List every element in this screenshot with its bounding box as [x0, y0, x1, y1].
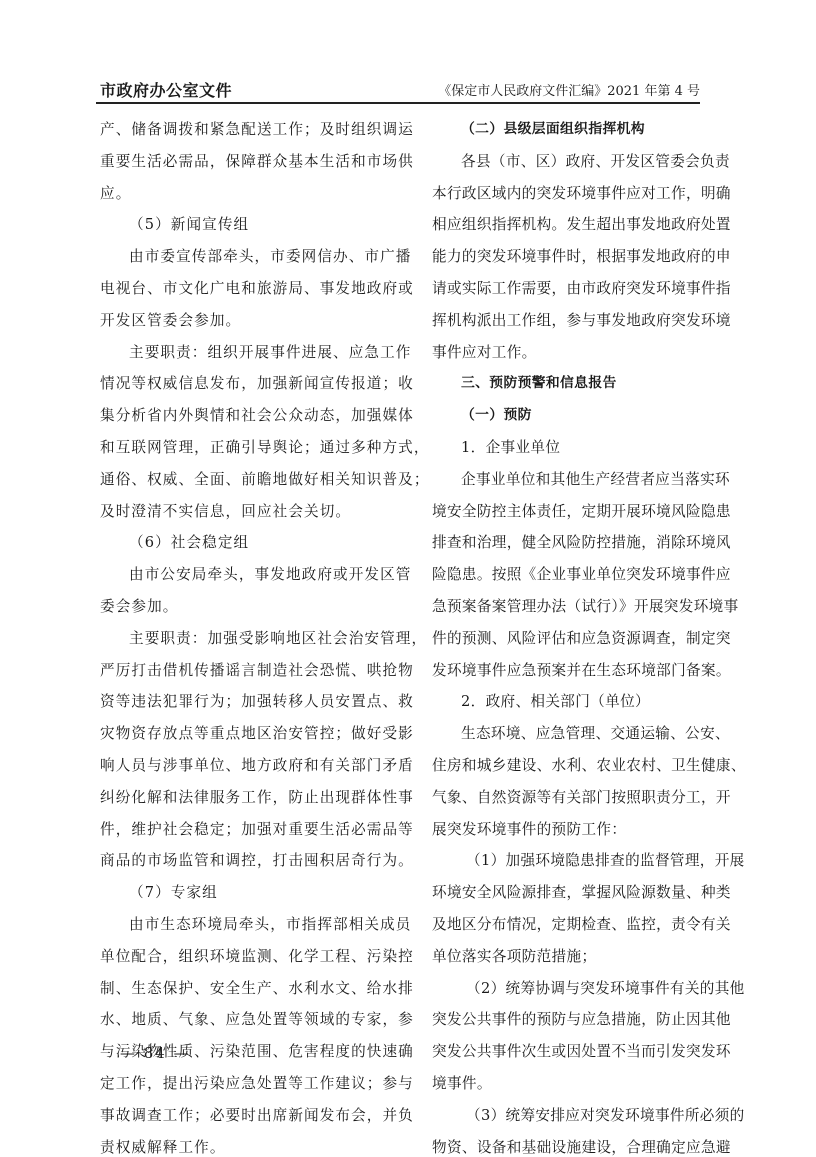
- text-line: 电视台、市文化广电和旅游局、事发地政府或: [100, 273, 410, 305]
- text-line: 本行政区域内的突发环境事件应对工作，明确: [432, 178, 708, 210]
- text-line: 事件应对工作。: [432, 337, 708, 369]
- text-line: 产、储备调拨和紧急配送工作；及时组织调运: [100, 114, 410, 146]
- text-line: 应。: [100, 178, 410, 210]
- text-line: （7）专家组: [100, 877, 410, 909]
- header-publication-info: 《保定市人民政府文件汇编》2021 年第 4 号: [438, 80, 700, 99]
- text-line: 定工作，提出污染应急处置等工作建议；参与: [100, 1068, 410, 1100]
- text-line: 请或实际工作需要，由市政府突发环境事件指: [432, 273, 708, 305]
- text-line: 委会参加。: [100, 591, 410, 623]
- text-line: 急预案备案管理办法（试行）》开展突发环境事: [432, 591, 708, 623]
- text-line: 水、地质、气象、应急处置等领域的专家，参: [100, 1004, 410, 1036]
- text-line: 响人员与涉事单位、地方政府和有关部门矛盾: [100, 750, 410, 782]
- text-line: 主要职责：组织开展事件进展、应急工作: [100, 337, 410, 369]
- left-column: 产、储备调拨和紧急配送工作；及时组织调运重要生活必需品，保障群众基本生活和市场供…: [100, 114, 410, 1157]
- text-line: 突发公共事件的预防与应急措施，防止因其他: [432, 1004, 708, 1036]
- text-line: 气象、自然资源等有关部门按照职责分工，开: [432, 782, 708, 814]
- text-line: 能力的突发环境事件时，根据事发地政府的申: [432, 241, 708, 273]
- text-line: 突发公共事件次生或因处置不当而引发突发环: [432, 1036, 708, 1068]
- header-divider: [96, 102, 700, 104]
- text-line: 及地区分布情况，定期检查、监控，责令有关: [432, 909, 708, 941]
- text-line: （1）加强环境隐患排查的监督管理，开展: [432, 845, 708, 877]
- text-line: 各县（市、区）政府、开发区管委会负责: [432, 146, 708, 178]
- text-line: 2．政府、相关部门（单位）: [432, 686, 708, 718]
- text-line: 挥机构派出工作组，参与事发地政府突发环境: [432, 305, 708, 337]
- text-line: 通俗、权威、全面、前瞻地做好相关知识普及；: [100, 464, 410, 496]
- text-line: （5）新闻宣传组: [100, 209, 410, 241]
- text-line: 由市生态环境局牵头，市指挥部相关成员: [100, 909, 410, 941]
- text-line: （3）统筹安排应对突发环境事件所必须的: [432, 1100, 708, 1132]
- text-line: 由市委宣传部牵头，市委网信办、市广播: [100, 241, 410, 273]
- text-line: 重要生活必需品，保障群众基本生活和市场供: [100, 146, 410, 178]
- text-line: 件，维护社会稳定；加强对重要生活必需品等: [100, 814, 410, 846]
- text-line: 环境安全风险源排查，掌握风险源数量、种类: [432, 877, 708, 909]
- text-line: （一）预防: [432, 400, 708, 432]
- text-line: （二）县级层面组织指挥机构: [432, 114, 708, 146]
- text-line: 生态环境、应急管理、交通运输、公安、: [432, 718, 708, 750]
- text-line: 境安全防控主体责任，定期开展环境风险隐患: [432, 496, 708, 528]
- text-line: 和互联网管理，正确引导舆论；通过多种方式，: [100, 432, 410, 464]
- text-line: 相应组织指挥机构。发生超出事发地政府处置: [432, 209, 708, 241]
- text-line: 企事业单位和其他生产经营者应当落实环: [432, 464, 708, 496]
- text-line: 险隐患。按照《企业事业单位突发环境事件应: [432, 559, 708, 591]
- text-line: 物资、设备和基础设施建设，合理确定应急避: [432, 1132, 708, 1157]
- right-column: （二）县级层面组织指挥机构各县（市、区）政府、开发区管委会负责本行政区域内的突发…: [432, 114, 708, 1157]
- page-number: — 84 —: [120, 1044, 191, 1062]
- text-line: （6）社会稳定组: [100, 527, 410, 559]
- text-line: 单位配合，组织环境监测、化学工程、污染控: [100, 941, 410, 973]
- text-line: 展突发环境事件的预防工作：: [432, 814, 708, 846]
- text-line: 住房和城乡建设、水利、农业农村、卫生健康、: [432, 750, 708, 782]
- text-line: 境事件。: [432, 1068, 708, 1100]
- text-line: 排查和治理，健全风险防控措施，消除环境风: [432, 527, 708, 559]
- running-header: 市政府办公室文件 《保定市人民政府文件汇编》2021 年第 4 号: [100, 78, 700, 102]
- text-line: 及时澄清不实信息，回应社会关切。: [100, 496, 410, 528]
- text-line: 责权威解释工作。: [100, 1132, 410, 1157]
- text-line: 主要职责：加强受影响地区社会治安管理，: [100, 623, 410, 655]
- text-line: 资等违法犯罪行为；加强转移人员安置点、救: [100, 686, 410, 718]
- text-line: 单位落实各项防范措施；: [432, 941, 708, 973]
- text-line: 件的预测、风险评估和应急资源调查，制定突: [432, 623, 708, 655]
- text-line: 开发区管委会参加。: [100, 305, 410, 337]
- header-section-title: 市政府办公室文件: [100, 78, 232, 101]
- text-line: 情况等权威信息发布，加强新闻宣传报道；收: [100, 368, 410, 400]
- text-line: 制、生态保护、安全生产、水利水文、给水排: [100, 973, 410, 1005]
- text-line: 三、预防预警和信息报告: [432, 368, 708, 400]
- text-line: 事故调查工作；必要时出席新闻发布会，并负: [100, 1100, 410, 1132]
- text-line: 发环境事件应急预案并在生态环境部门备案。: [432, 655, 708, 687]
- text-line: 由市公安局牵头，事发地政府或开发区管: [100, 559, 410, 591]
- text-line: 严厉打击借机传播谣言制造社会恐慌、哄抢物: [100, 655, 410, 687]
- text-line: 集分析省内外舆情和社会公众动态，加强媒体: [100, 400, 410, 432]
- text-line: 纠纷化解和法律服务工作，防止出现群体性事: [100, 782, 410, 814]
- text-line: 1．企事业单位: [432, 432, 708, 464]
- text-line: 商品的市场监管和调控，打击囤积居奇行为。: [100, 845, 410, 877]
- text-line: （2）统筹协调与突发环境事件有关的其他: [432, 973, 708, 1005]
- text-line: 灾物资存放点等重点地区治安管控；做好受影: [100, 718, 410, 750]
